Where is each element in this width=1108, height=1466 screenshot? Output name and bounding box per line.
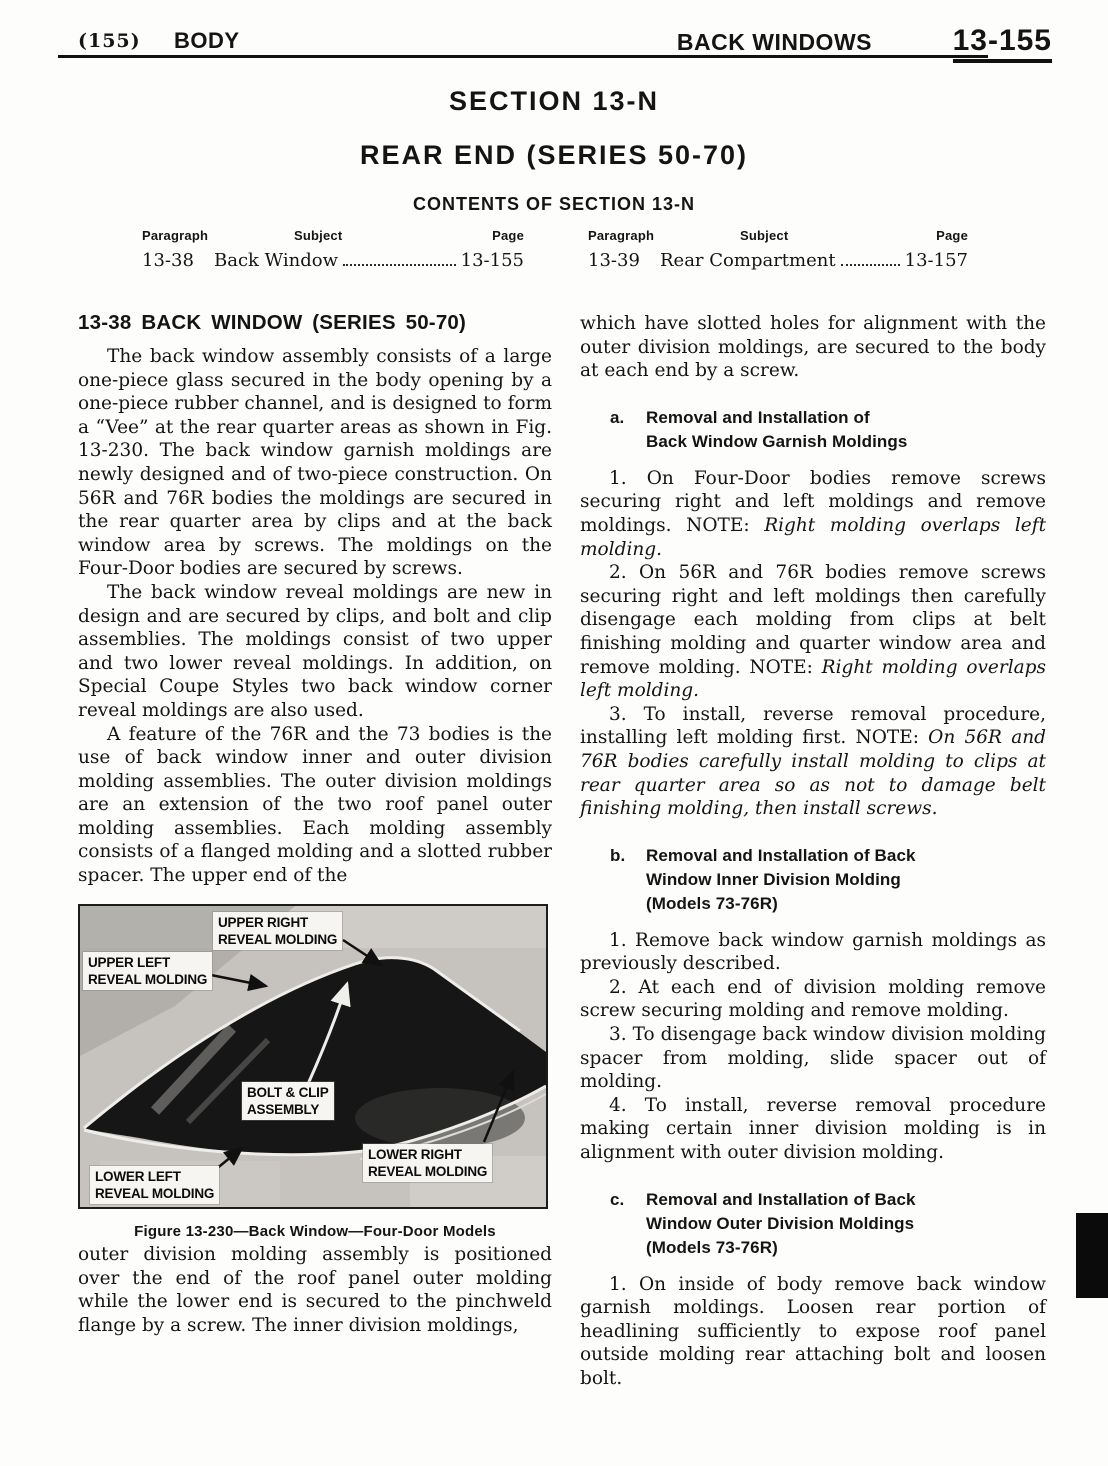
item-text: 4. To install, reverse removal procedure… xyxy=(580,1095,1046,1163)
subheading-line: (Models 73-76R) xyxy=(646,892,1046,916)
contents-row: 13-38 Back Window 13-155 xyxy=(142,250,524,271)
paragraph: The back window assembly consists of a l… xyxy=(78,345,552,581)
label-line: REVEAL MOLDING xyxy=(218,931,337,948)
toc-paragraph: 13-39 xyxy=(588,250,660,271)
label-line: LOWER LEFT xyxy=(95,1168,214,1185)
label-line: REVEAL MOLDING xyxy=(368,1163,487,1180)
numbered-item: 1. Remove back window garnish moldings a… xyxy=(580,929,1046,976)
label-line: REVEAL MOLDING xyxy=(88,971,207,988)
note-label: NOTE: xyxy=(686,515,764,536)
label-line: BOLT & CLIP xyxy=(247,1084,329,1101)
section-title: SECTION 13-N xyxy=(0,86,1108,117)
contents-table-right: Paragraph Subject Page 13-39 Rear Compar… xyxy=(588,228,968,284)
label-line: UPPER LEFT xyxy=(88,954,207,971)
subheading-line: Removal and Installation of xyxy=(646,406,1046,430)
figure-label-upper-right: UPPER RIGHT REVEAL MOLDING xyxy=(213,912,342,950)
dot-leader xyxy=(343,264,456,266)
subheading-line: Window Outer Division Moldings xyxy=(646,1212,1046,1236)
numbered-item: 2. At each end of division molding remov… xyxy=(580,976,1046,1023)
subheading-line: Removal and Installation of Back xyxy=(646,844,1046,868)
numbered-item: 3. To disengage back window division mol… xyxy=(580,1023,1046,1094)
col-header-subject: Subject xyxy=(242,228,478,243)
contents-table-left: Paragraph Subject Page 13-38 Back Window… xyxy=(142,228,524,284)
right-column: which have slotted holes for alignment w… xyxy=(580,312,1046,1391)
paragraph: outer division molding assembly is posit… xyxy=(78,1243,552,1337)
subheading-b: b. Removal and Installation of Back Wind… xyxy=(610,844,1046,916)
col-header-page: Page xyxy=(922,228,968,243)
subheading-label: c. xyxy=(610,1188,624,1212)
page-title: BACK WINDOWS xyxy=(677,29,872,56)
note-label: NOTE: xyxy=(856,727,929,748)
subheading-a: a. Removal and Installation of Back Wind… xyxy=(610,406,1046,454)
numbered-item: 3. To install, reverse removal procedure… xyxy=(580,703,1046,821)
contents-row: 13-39 Rear Compartment 13-157 xyxy=(588,250,968,271)
col-header-paragraph: Paragraph xyxy=(588,228,688,243)
subheading-label: a. xyxy=(610,406,624,430)
subheading-line: Window Inner Division Molding xyxy=(646,868,1046,892)
paragraph: which have slotted holes for alignment w… xyxy=(580,312,1046,383)
toc-page: 13-157 xyxy=(905,250,968,271)
numbered-item: 1. On inside of body remove back window … xyxy=(580,1273,1046,1391)
numbered-item: 2. On 56R and 76R bodies remove screws s… xyxy=(580,561,1046,703)
subheading-c: c. Removal and Installation of Back Wind… xyxy=(610,1188,1046,1260)
chapter-label: BODY xyxy=(174,28,240,54)
head-rule xyxy=(58,55,988,58)
label-line: UPPER RIGHT xyxy=(218,914,337,931)
figure-back-window-photo: UPPER RIGHT REVEAL MOLDING UPPER LEFT RE… xyxy=(78,904,548,1209)
subheading-line: (Models 73-76R) xyxy=(646,1236,1046,1260)
contents-headers: Paragraph Subject Page xyxy=(588,228,968,243)
subheading-label: b. xyxy=(610,844,625,868)
item-text: 1. On inside of body remove back window … xyxy=(580,1274,1046,1389)
figure-label-lower-right: LOWER RIGHT REVEAL MOLDING xyxy=(363,1144,492,1182)
thumb-index-tab xyxy=(1076,1213,1108,1298)
label-line: LOWER RIGHT xyxy=(368,1146,487,1163)
label-line: ASSEMBLY xyxy=(247,1101,329,1118)
numbered-item: 4. To install, reverse removal procedure… xyxy=(580,1094,1046,1165)
left-column: 13-38 BACK WINDOW (SERIES 50-70) The bac… xyxy=(78,310,552,1338)
numbered-item: 1. On Four-Door bodies remove screws sec… xyxy=(580,467,1046,561)
label-line: REVEAL MOLDING xyxy=(95,1185,214,1202)
dot-leader xyxy=(841,264,900,266)
contents-headers: Paragraph Subject Page xyxy=(142,228,524,243)
item-text: 3. To disengage back window division mol… xyxy=(580,1024,1046,1092)
contents-title: CONTENTS OF SECTION 13-N xyxy=(0,194,1108,215)
paragraph: The back window reveal moldings are new … xyxy=(78,581,552,723)
article-heading: 13-38 BACK WINDOW (SERIES 50-70) xyxy=(78,310,552,336)
figure-label-upper-left: UPPER LEFT REVEAL MOLDING xyxy=(83,952,212,990)
manual-page: (155) BODY BACK WINDOWS 13-155 SECTION 1… xyxy=(0,0,1108,1466)
paragraph: A feature of the 76R and the 73 bodies i… xyxy=(78,723,552,888)
col-header-paragraph: Paragraph xyxy=(142,228,242,243)
section-subtitle: REAR END (SERIES 50-70) xyxy=(0,140,1108,171)
figure-label-bolt-clip: BOLT & CLIP ASSEMBLY xyxy=(242,1082,334,1120)
item-text: 2. At each end of division molding remov… xyxy=(580,977,1046,1022)
figure-label-lower-left: LOWER LEFT REVEAL MOLDING xyxy=(90,1166,219,1204)
toc-subject: Back Window xyxy=(214,250,338,271)
page-ref: (155) xyxy=(78,30,141,52)
toc-paragraph: 13-38 xyxy=(142,250,214,271)
note-label: NOTE: xyxy=(749,657,821,678)
subheading-line: Removal and Installation of Back xyxy=(646,1188,1046,1212)
col-header-page: Page xyxy=(478,228,524,243)
toc-subject: Rear Compartment xyxy=(660,250,836,271)
toc-page: 13-155 xyxy=(461,250,524,271)
item-text: 1. Remove back window garnish moldings a… xyxy=(580,930,1046,975)
subheading-line: Back Window Garnish Moldings xyxy=(646,430,1046,454)
col-header-subject: Subject xyxy=(688,228,922,243)
figure-caption: Figure 13-230—Back Window—Four-Door Mode… xyxy=(78,1220,552,1244)
